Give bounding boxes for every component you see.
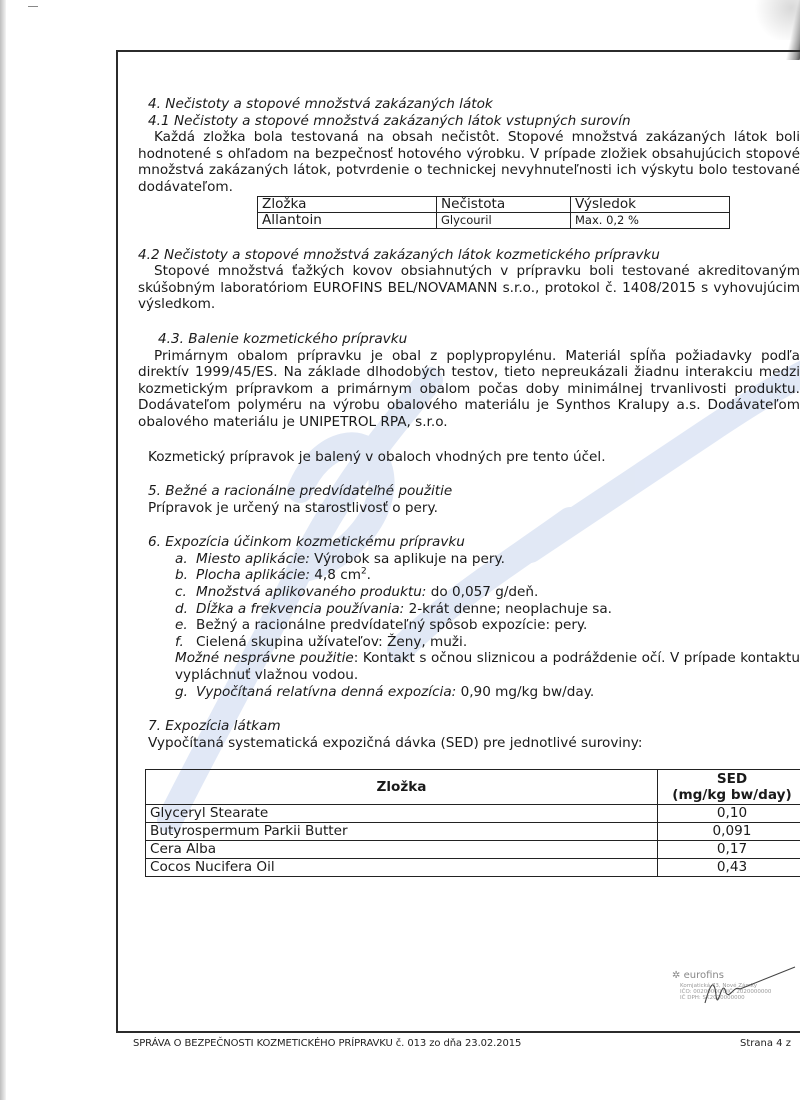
section-7-body: Vypočítaná systematická expozičná dávka …: [138, 735, 800, 752]
list-item: b. Plocha aplikácie: 4,8 cm2.: [175, 567, 800, 584]
sed-header: SED: [717, 771, 747, 787]
list-marker: c.: [175, 584, 196, 601]
section-5-heading: 5. Bežné a racionálne predvídateľné použ…: [138, 483, 800, 500]
list-value: do 0,057 g/deň.: [426, 584, 538, 600]
list-item: e. Bežný a racionálne predvídateľný spôs…: [175, 617, 800, 634]
scan-mark: [28, 6, 38, 7]
table-row: Allantoin Glycouril Max. 0,2 %: [258, 212, 730, 228]
list-value: Výrobok sa aplikuje na pery.: [310, 551, 505, 567]
section-6-heading: 6. Expozícia účinkom kozmetickému prípra…: [138, 534, 800, 551]
list-marker: d.: [175, 601, 196, 618]
table-header-cell: Výsledok: [571, 196, 730, 212]
list-marker: f.: [175, 634, 196, 651]
list-marker: b.: [175, 567, 196, 584]
section-7-heading: 7. Expozícia látkam: [138, 718, 800, 735]
list-value: 0,90 mg/kg bw/day.: [456, 684, 594, 700]
table-cell: 0,43: [658, 859, 800, 877]
list-marker: g.: [175, 684, 196, 701]
table-header-row: Zložka SED(mg/kg bw/day): [146, 770, 800, 805]
sed-unit: (mg/kg bw/day): [672, 787, 791, 803]
table-cell: Glycouril: [437, 212, 571, 228]
misuse-note: Možné nesprávne použitie: Kontakt s očno…: [175, 650, 800, 683]
logo-icon: ✲: [672, 970, 680, 981]
table-header-row: Zložka Nečistota Výsledok: [258, 196, 730, 212]
section-4-2-heading: 4.2 Nečistoty a stopové množstvá zakázan…: [138, 247, 800, 264]
list-value-suffix: .: [367, 567, 371, 583]
table-header-cell: SED(mg/kg bw/day): [658, 770, 800, 805]
table-cell: 0,17: [658, 841, 800, 859]
list-marker: a.: [175, 551, 196, 568]
list-label: Miesto aplikácie:: [196, 551, 310, 567]
list-item: f. Cielená skupina užívateľov: Ženy, muž…: [175, 634, 800, 651]
list-item: d. Dĺžka a frekvencia používania: 2-krát…: [175, 601, 800, 618]
table-cell: Allantoin: [258, 212, 437, 228]
table-cell: Max. 0,2 %: [571, 212, 730, 228]
table-cell: 0,10: [658, 805, 800, 823]
scan-edge: [0, 0, 6, 1100]
list-label: Vypočítaná relatívna denná expozícia:: [196, 684, 456, 700]
table-cell: Butyrospermum Parkii Butter: [146, 823, 658, 841]
table-cell: Glyceryl Stearate: [146, 805, 658, 823]
table-row: Glyceryl Stearate 0,10: [146, 805, 800, 823]
list-label: Plocha aplikácie:: [196, 567, 310, 583]
section-4-1-heading: 4.1 Nečistoty a stopové množstvá zakázan…: [138, 113, 800, 130]
footer-page-number: Strana 4 z: [740, 1038, 791, 1049]
section-4-3-note: Kozmetický prípravok je balený v obaloch…: [138, 449, 800, 466]
table-row: Cocos Nucifera Oil 0,43: [146, 859, 800, 877]
section-4-3-body: Primárnym obalom prípravku je obal z pop…: [138, 348, 800, 431]
impurity-table: Zložka Nečistota Výsledok Allantoin Glyc…: [257, 196, 730, 229]
list-value: 2-krát denne; neoplachuje sa.: [404, 601, 612, 617]
sed-table: Zložka SED(mg/kg bw/day) Glyceryl Steara…: [145, 769, 800, 877]
signature: [700, 965, 800, 1005]
table-row: Butyrospermum Parkii Butter 0,091: [146, 823, 800, 841]
document-body: 4. Nečistoty a stopové množstvá zakázaný…: [138, 96, 800, 877]
table-row: Cera Alba 0,17: [146, 841, 800, 859]
list-value: Cielená skupina užívateľov: Ženy, muži.: [196, 634, 467, 651]
table-header-cell: Nečistota: [437, 196, 571, 212]
list-item: a. Miesto aplikácie: Výrobok sa aplikuje…: [175, 551, 800, 568]
exposure-list: a. Miesto aplikácie: Výrobok sa aplikuje…: [138, 551, 800, 700]
list-value: 4,8 cm: [310, 567, 361, 583]
misuse-label: Možné nesprávne použitie: [175, 650, 354, 666]
table-header-cell: Zložka: [146, 770, 658, 805]
list-item: g. Vypočítaná relatívna denná expozícia:…: [175, 684, 800, 701]
table-cell: 0,091: [658, 823, 800, 841]
footer-report-title: SPRÁVA O BEZPEČNOSTI KOZMETICKÉHO PRÍPRA…: [133, 1038, 521, 1049]
section-4-1-body: Každá zložka bola testovaná na obsah neč…: [138, 129, 800, 195]
table-cell: Cera Alba: [146, 841, 658, 859]
list-item: c. Množstvá aplikovaného produktu: do 0,…: [175, 584, 800, 601]
list-value: Bežný a racionálne predvídateľný spôsob …: [196, 617, 587, 634]
list-marker: e.: [175, 617, 196, 634]
table-header-cell: Zložka: [258, 196, 437, 212]
list-label: Dĺžka a frekvencia používania:: [196, 601, 404, 617]
section-4-heading: 4. Nečistoty a stopové množstvá zakázaný…: [138, 96, 800, 113]
section-4-3-heading: 4.3. Balenie kozmetického prípravku: [138, 331, 800, 348]
section-5-body: Prípravok je určený na starostlivosť o p…: [138, 500, 800, 517]
section-4-2-body: Stopové množstvá ťažkých kovov obsiahnut…: [138, 263, 800, 313]
list-label: Množstvá aplikovaného produktu:: [196, 584, 426, 600]
table-cell: Cocos Nucifera Oil: [146, 859, 658, 877]
